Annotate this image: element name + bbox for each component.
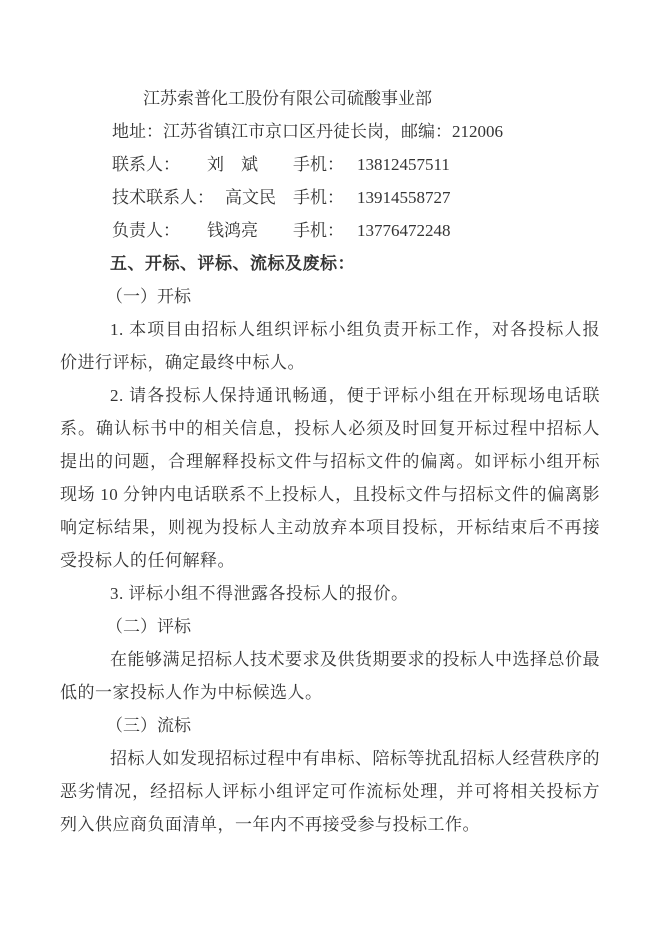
subheading-failed-bid: （三）流标 xyxy=(60,709,600,742)
section-heading: 五、开标、评标、流标及废标： xyxy=(60,247,600,280)
contact-name: 刘 斌 xyxy=(207,148,258,181)
contact-phone-label: 手机： xyxy=(293,214,344,247)
contact-label: 技术联系人： xyxy=(112,181,214,214)
body-paragraph: 2. 请各投标人保持通讯畅通，便于评标小组在开标现场电话联系。确认标书中的相关信… xyxy=(60,379,600,577)
document-page: 江苏索普化工股份有限公司硫酸事业部 地址：江苏省镇江市京口区丹徒长岗，邮编：21… xyxy=(0,0,662,936)
contact-phone-number: 13776472248 xyxy=(357,214,451,247)
contact-row-responsible: 负责人： 钱鸿亮 手机： 13776472248 xyxy=(60,214,600,247)
body-paragraph: 3. 评标小组不得泄露各投标人的报价。 xyxy=(60,577,600,610)
document-content: 江苏索普化工股份有限公司硫酸事业部 地址：江苏省镇江市京口区丹徒长岗，邮编：21… xyxy=(60,82,600,841)
contact-row-technical: 技术联系人： 高文民 手机： 13914558727 xyxy=(60,181,600,214)
contact-phone-label: 手机： xyxy=(293,181,344,214)
contact-label: 负责人： xyxy=(112,214,180,247)
contact-phone-number: 13914558727 xyxy=(357,181,451,214)
contact-row-liaison: 联系人： 刘 斌 手机： 13812457511 xyxy=(60,148,600,181)
body-paragraph: 1. 本项目由招标人组织评标小组负责开标工作，对各投标人报价进行评标，确定最终中… xyxy=(60,313,600,379)
contact-phone-label: 手机： xyxy=(293,148,344,181)
contact-phone-number: 13812457511 xyxy=(357,148,450,181)
company-department-line: 江苏索普化工股份有限公司硫酸事业部 xyxy=(60,82,600,115)
address-line: 地址：江苏省镇江市京口区丹徒长岗，邮编：212006 xyxy=(60,115,600,148)
subheading-opening: （一）开标 xyxy=(60,280,600,313)
contact-label: 联系人： xyxy=(112,148,180,181)
body-paragraph: 在能够满足招标人技术要求及供货期要求的投标人中选择总价最低的一家投标人作为中标候… xyxy=(60,643,600,709)
contact-name: 高文民 xyxy=(225,181,276,214)
body-paragraph: 招标人如发现招标过程中有串标、陪标等扰乱招标人经营秩序的恶劣情况，经招标人评标小… xyxy=(60,742,600,841)
contact-name: 钱鸿亮 xyxy=(207,214,258,247)
subheading-evaluation: （二）评标 xyxy=(60,610,600,643)
